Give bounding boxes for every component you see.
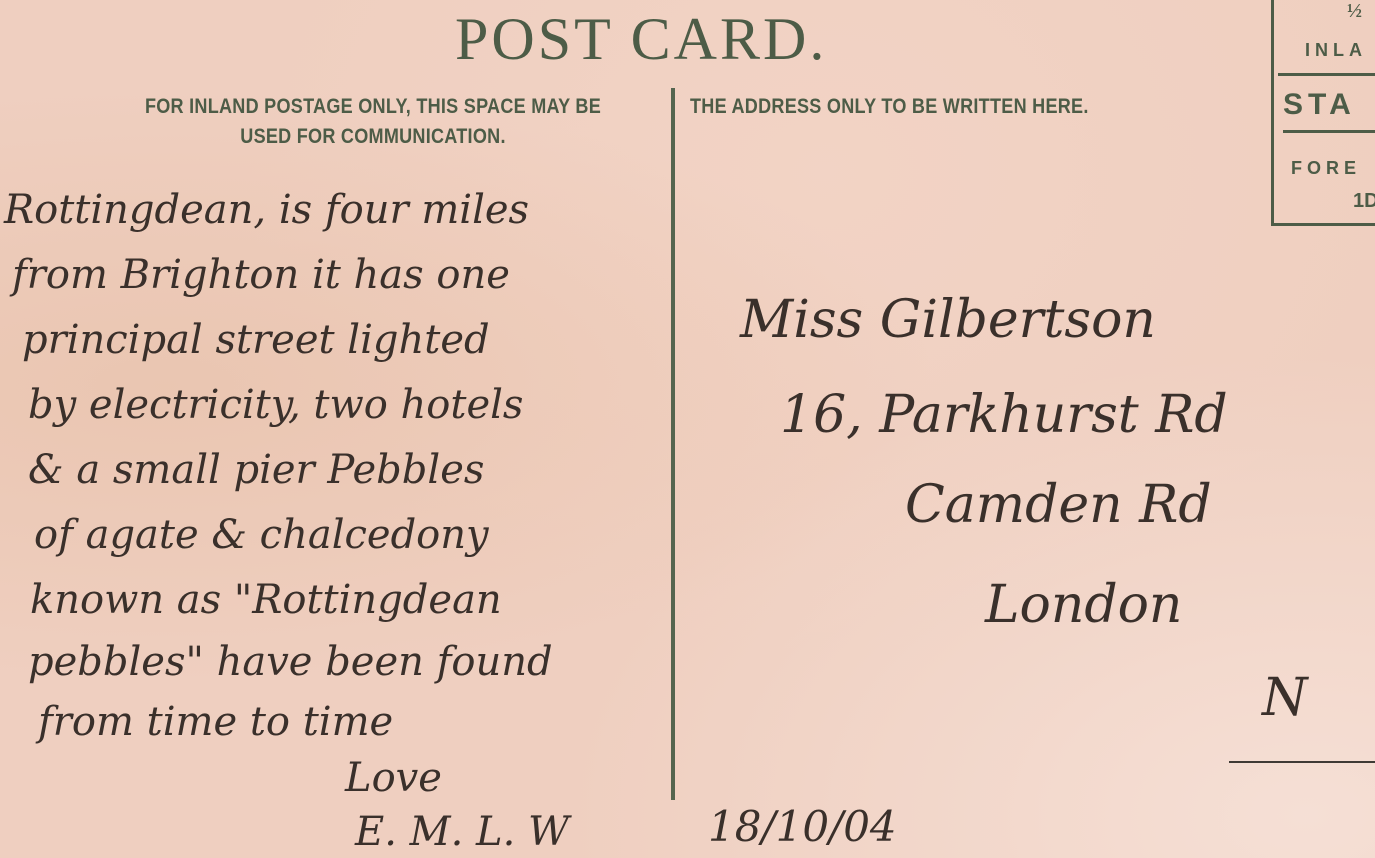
communication-header-line2: USED FOR COMMUNICATION. — [128, 122, 618, 152]
message-line: known as "Rottingdean — [30, 570, 502, 630]
message-line: Rottingdean, is four miles — [4, 180, 529, 240]
postcard-title: POST CARD. — [455, 4, 905, 74]
address-name: Miss Gilbertson — [740, 290, 1156, 350]
stamp-box-rule — [1278, 73, 1375, 76]
message-line: from Brighton it has one — [12, 245, 510, 305]
stamp-foreign-text: FORE — [1291, 158, 1361, 179]
center-divider — [671, 88, 675, 800]
message-line: by electricity, two hotels — [28, 375, 523, 435]
communication-header: FOR INLAND POSTAGE ONLY, THIS SPACE MAY … — [128, 92, 618, 152]
address-street: 16, Parkhurst Rd — [780, 385, 1228, 445]
postcard-date: 18/10/04 — [708, 802, 897, 851]
address-district: Camden Rd — [905, 475, 1212, 535]
message-line: & a small pier Pebbles — [28, 440, 484, 500]
message-signature: E. M. L. W — [355, 802, 569, 858]
message-line: pebbles" have been found — [28, 632, 553, 692]
stamp-inland-text: INLA — [1305, 40, 1367, 61]
stamp-label-text: STA — [1283, 88, 1356, 122]
address-postal-district: N — [1262, 668, 1308, 728]
address-city: London — [985, 575, 1182, 635]
communication-header-line1: FOR INLAND POSTAGE ONLY, THIS SPACE MAY … — [128, 92, 618, 122]
stamp-fraction: ½ — [1347, 0, 1362, 23]
message-line: principal street lighted — [22, 310, 490, 370]
message-line: of agate & chalcedony — [34, 505, 489, 565]
message-line: from time to time — [38, 692, 393, 752]
address-underline — [1229, 761, 1375, 763]
stamp-1d-text: 1D — [1353, 190, 1375, 213]
address-header: THE ADDRESS ONLY TO BE WRITTEN HERE. — [690, 92, 1172, 122]
stamp-box-rule — [1283, 130, 1375, 133]
message-closing: Love — [345, 748, 442, 808]
